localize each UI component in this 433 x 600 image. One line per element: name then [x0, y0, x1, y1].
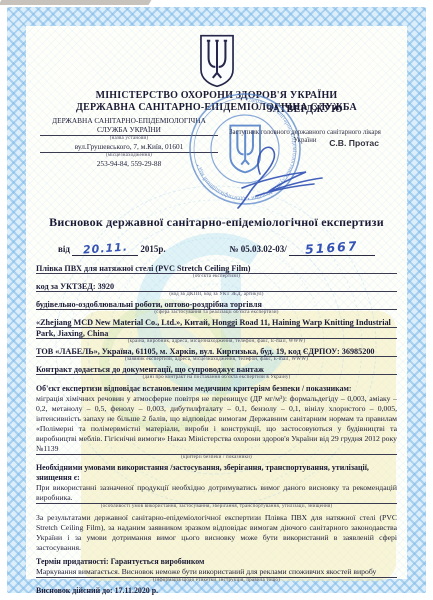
field-scope-value: будівельно-оздоблювальні роботи, оптово-…	[36, 299, 397, 310]
number-group: № 05.03.02-03/ 51667	[229, 240, 375, 256]
field-scope: будівельно-оздоблювальні роботи, оптово-…	[36, 299, 397, 316]
results-paragraph: За результатами державної санітарно-епід…	[36, 513, 397, 553]
scan-edge-artifact	[0, 0, 151, 5]
number-label: № 05.03.02-03/	[229, 244, 286, 254]
field-applicant-value: ТОВ «ЛАБЕЛЬ», Україна, 61105, м. Харків,…	[36, 346, 397, 357]
approver-name: С.В. Протас	[329, 138, 379, 148]
field-code-caption: (код за ДКПП, код за УКТ ЗЕД, артикул)	[36, 292, 397, 298]
field-manufacturer: «Zhejiang MCD New Material Co., Ltd.», К…	[36, 317, 397, 345]
conditions-caption: (особливості умов використання, застосув…	[36, 504, 397, 510]
field-code-value: код за УКТЗЕД: 3920	[36, 281, 397, 292]
field-applicant: ТОВ «ЛАБЕЛЬ», Україна, 61105, м. Харків,…	[36, 346, 397, 363]
criteria-heading: Об'єкт експертизи відповідає встановлени…	[36, 384, 397, 394]
marking-block: Маркування вимагається. Висновок неможе …	[36, 567, 397, 584]
field-object: Плівка ПВХ для натяжної стелі (PVC Stret…	[36, 263, 397, 280]
field-code: код за УКТЗЕД: 3920 (код за ДКПП, код за…	[36, 281, 397, 298]
conditions-section: Необхідними умовами використання /застос…	[36, 463, 397, 510]
handwritten-number: 51667	[305, 238, 359, 257]
conditions-heading: Необхідними умовами використання /застос…	[36, 463, 397, 483]
field-applicant-caption: (заявник експертизи, адреса, місцезнаход…	[36, 357, 397, 363]
field-manufacturer-value: «Zhejiang MCD New Material Co., Ltd.», К…	[36, 317, 397, 339]
document-title: Висновок державної санітарно-епідеміолог…	[36, 215, 397, 230]
date-group: від 20.11. 2015р.	[58, 242, 166, 256]
field-manufacturer-caption: (країна, виробник, адреса, місцезнаходже…	[36, 339, 397, 345]
fields-section: Плівка ПВХ для натяжної стелі (PVC Stret…	[36, 263, 397, 600]
criteria-section: Об'єкт експертизи відповідає встановлени…	[36, 384, 397, 461]
field-contract-value: Контракт додається до документації, що с…	[36, 364, 397, 375]
year-label: 2015р.	[140, 244, 165, 254]
number-slot: 51667	[289, 240, 375, 256]
criteria-caption: (критерії безпеки / показники)	[36, 455, 397, 461]
field-contract: Контракт додається до документації, що с…	[36, 364, 397, 381]
conditions-body: При використанні зазначеної продукції не…	[36, 483, 397, 504]
marking-line: Маркування вимагається. Висновок неможе …	[36, 567, 397, 578]
marking-caption: (інформація щодо етикетки, інструкція, п…	[36, 578, 397, 584]
number-row: від 20.11. 2015р. № 05.03.02-03/ 51667	[58, 240, 375, 256]
validity-line: Висновок дійсний до: 17.11.2020 р.	[36, 586, 397, 596]
certificate-page: МІНІСТЕРСТВО ОХОРОНИ ЗДОРОВ'Я УКРАЇНИ ДЕ…	[0, 0, 433, 600]
handwritten-date: 20.11.	[82, 240, 128, 256]
criteria-body: міграція хімічних речовин у атмосферне п…	[36, 394, 397, 455]
document-header: МІНІСТЕРСТВО ОХОРОНИ ЗДОРОВ'Я УКРАЇНИ ДЕ…	[36, 30, 397, 206]
field-object-caption: (об'єкта експертизи)	[36, 274, 397, 280]
ukraine-trident-emblem-icon	[198, 34, 236, 88]
certificate-paper: МІНІСТЕРСТВО ОХОРОНИ ЗДОРОВ'Я УКРАЇНИ ДЕ…	[26, 26, 407, 579]
field-scope-caption: (сфера застосування та реалізації об'єкт…	[36, 310, 397, 316]
field-contract-caption: (дані про контракт на постачання об'єкта…	[36, 375, 397, 381]
shelf-life-line: Термін придатності: Гарантується виробни…	[36, 557, 397, 567]
field-object-value: Плівка ПВХ для натяжної стелі (PVC Stret…	[36, 263, 397, 274]
handwritten-signature	[222, 122, 342, 210]
from-label: від	[58, 244, 70, 254]
date-slot: 20.11.	[72, 242, 138, 256]
